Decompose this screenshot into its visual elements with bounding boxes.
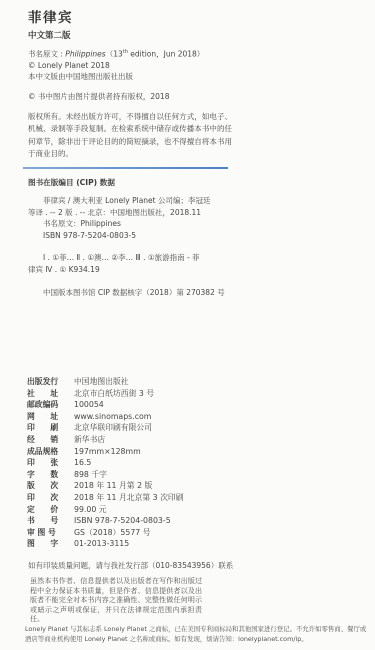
edition-label: 中文第二版 xyxy=(28,29,71,41)
publication-row-label: 字 数 xyxy=(27,469,74,481)
publication-row-label: 图 字 xyxy=(27,538,74,550)
publication-row-label: 出版发行 xyxy=(27,376,74,388)
publication-row-value: 100054 xyxy=(74,399,104,411)
publication-row: 社 址北京市白纸坊西街 3 号 xyxy=(27,388,184,400)
publication-row-value: 北京华联印刷有限公司 xyxy=(74,422,152,434)
cip-record-line: 中国版本图书馆 CIP 数据核字（2018）第 270382 号 xyxy=(28,287,225,298)
book-copyright-page: 菲律宾 中文第二版 书名原文 : Philippines（13th editio… xyxy=(0,0,375,650)
publication-row-value: 01-2013-3115 xyxy=(74,538,129,550)
publication-row-value: 16.5 xyxy=(74,457,91,469)
publication-row: 网 址www.sinomaps.com xyxy=(27,411,184,423)
publication-row-label: 邮政编码 xyxy=(27,399,74,411)
publication-row-label: 网 址 xyxy=(27,411,74,423)
publication-row: 印 次2018 年 11 月北京第 3 次印刷 xyxy=(27,492,184,504)
publication-row-label: 审 图 号 xyxy=(27,527,74,539)
publication-row: 版 次2018 年 11 月第 2 版 xyxy=(27,480,184,492)
cip-classification-line: Ⅰ . ①菲… Ⅱ . ①澳… ②李… Ⅲ . ①旅游指南 - 菲 xyxy=(28,252,200,264)
publication-row: 印 刷北京华联印刷有限公司 xyxy=(27,422,184,434)
publication-row-label: 定 价 xyxy=(27,504,74,516)
cip-description-block: 菲律宾 / 澳大利亚 Lonely Planet 公司编；李冠廷 等译 . --… xyxy=(28,195,210,241)
publication-row: 定 价99.00 元 xyxy=(27,504,184,516)
disclaimer-paragraph: 虽然本书作者、信息提供者以及出版者在写作和出版过程中全力保证本书质量，但是作者、… xyxy=(30,577,202,625)
divider-line xyxy=(23,167,228,169)
publication-row: 邮政编码100054 xyxy=(27,399,184,411)
cip-classification-block: Ⅰ . ①菲… Ⅱ . ①澳… ②李… Ⅲ . ①旅游指南 - 菲 律宾 Ⅳ .… xyxy=(28,252,200,275)
publication-row: 图 字01-2013-3115 xyxy=(27,538,184,550)
cip-heading: 图书在版编目 (CIP) 数据 xyxy=(28,177,115,188)
cip-description-line: ISBN 978-7-5204-0803-5 xyxy=(28,230,210,242)
publication-row-label: 经 销 xyxy=(27,434,74,446)
print-quality-notice: 如有印装质量问题，请与我社发行部（010-83543956）联系 xyxy=(28,560,233,571)
publication-row-value: 中国地图出版社 xyxy=(74,376,129,388)
publication-row-label: 社 址 xyxy=(27,388,74,400)
publication-row-value: 197mm×128mm xyxy=(74,446,141,458)
trademark-paragraph: Lonely Planet 与其标志系 Lonely Planet 之商标，已在… xyxy=(25,624,367,644)
publication-row: 书 号ISBN 978-7-5204-0803-5 xyxy=(27,515,184,527)
publication-row-value: 新华书店 xyxy=(74,434,105,446)
publication-row-label: 版 次 xyxy=(27,480,74,492)
original-title-name: Philippines xyxy=(65,50,105,59)
publication-row-label: 印 次 xyxy=(27,492,74,504)
publication-row: 字 数898 千字 xyxy=(27,469,184,481)
publication-info-table: 出版发行中国地图出版社 社 址北京市白纸坊西街 3 号 邮政编码100054 网… xyxy=(27,376,184,550)
original-title-tail: edition，Jun 2018） xyxy=(128,50,204,59)
publication-row-value: 北京市白纸坊西街 3 号 xyxy=(74,388,154,400)
publication-row-label: 成品规格 xyxy=(27,446,74,458)
cip-description-line: 菲律宾 / 澳大利亚 Lonely Planet 公司编；李冠廷 xyxy=(28,195,210,207)
publication-row: 出版发行中国地图出版社 xyxy=(27,376,184,388)
publication-row-value: 2018 年 11 月北京第 3 次印刷 xyxy=(74,492,184,504)
publication-row: 印 张16.5 xyxy=(27,457,184,469)
original-title-label: 书名原文 : xyxy=(28,50,65,59)
publication-row: 成品规格197mm×128mm xyxy=(27,446,184,458)
publication-row-label: 印 刷 xyxy=(27,422,74,434)
cip-description-line: 等译 . -- 2 版 . -- 北京：中国地图出版社，2018.11 xyxy=(28,207,210,219)
publication-row-value: 99.00 元 xyxy=(74,504,107,516)
publication-row-value: GS（2018）5577 号 xyxy=(74,527,151,539)
publication-row-label: 书 号 xyxy=(27,515,74,527)
publication-row: 审 图 号GS（2018）5577 号 xyxy=(27,527,184,539)
publication-row: 经 销新华书店 xyxy=(27,434,184,446)
publication-row-label: 印 张 xyxy=(27,457,74,469)
cip-classification-line: 律宾 Ⅳ . ① K934.19 xyxy=(28,264,200,276)
original-title-mid: （13 xyxy=(106,50,123,59)
publication-row-value: 2018 年 11 月第 2 版 xyxy=(74,480,152,492)
book-title: 菲律宾 xyxy=(28,6,73,26)
publication-row-value: ISBN 978-7-5204-0803-5 xyxy=(74,515,171,527)
rights-reserved-paragraph: 版权所有。未经出版方许可，不得擅自以任何方式，如电子、机械、录制等手段复制。在检… xyxy=(28,111,232,160)
lonely-planet-copyright: © Lonely Planet 2018 xyxy=(28,60,204,71)
original-title-line: 书名原文 : Philippines（13th edition，Jun 2018… xyxy=(28,47,204,60)
chinese-edition-note: 本中文版由中国地图出版社出版 xyxy=(28,71,204,82)
cip-description-line: 书名原文：Philippines xyxy=(28,218,210,230)
photo-copyright-line: © 书中图片由图片提供者持有版权，2018 xyxy=(28,91,169,102)
original-title-block: 书名原文 : Philippines（13th edition，Jun 2018… xyxy=(28,47,204,82)
publication-row-value: www.sinomaps.com xyxy=(74,411,151,423)
publication-row-value: 898 千字 xyxy=(74,469,107,481)
